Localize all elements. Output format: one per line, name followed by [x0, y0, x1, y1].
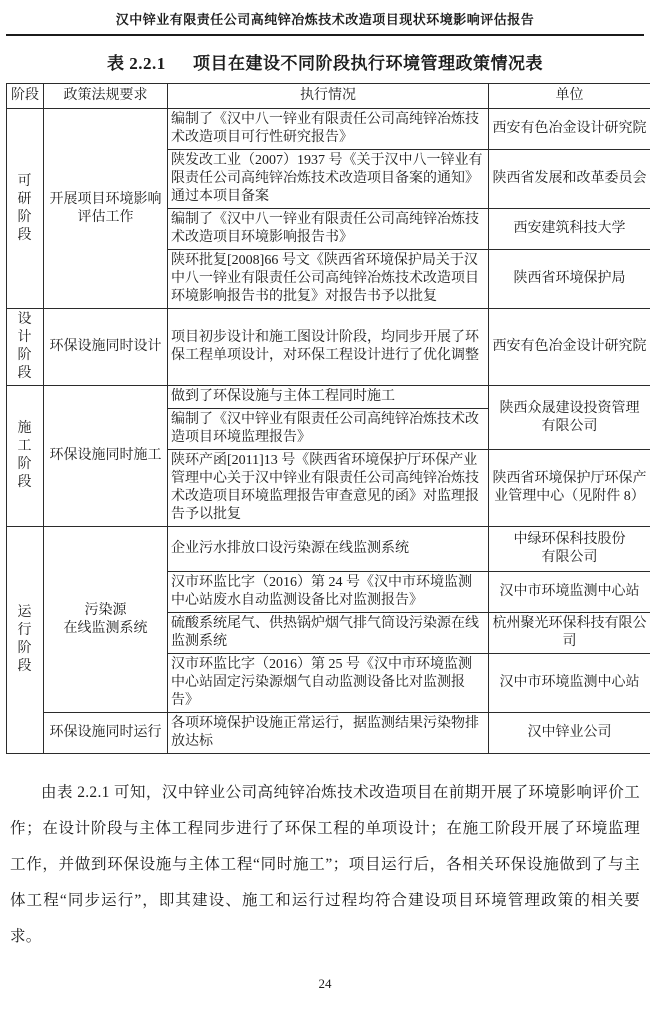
action-cell: 陕发改工业（2007）1937 号《关于汉中八一锌业有限责任公司高纯锌冶炼技术改…	[168, 150, 489, 209]
unit-cell: 陕西省环境保护厅环保产业管理中心（见附件 8）	[489, 450, 650, 527]
table-caption-title: 项目在建设不同阶段执行环境管理政策情况表	[193, 54, 543, 73]
table-row: 可研阶段 开展项目环境影响 评估工作 编制了《汉中八一锌业有限责任公司高纯锌冶炼…	[7, 109, 650, 150]
unit-cell: 中绿环保科技股份 有限公司	[489, 527, 650, 572]
unit-cell: 陕西众晟建设投资管理 有限公司	[489, 386, 650, 450]
table-header-row: 阶段 政策法规要求 执行情况 单位	[7, 84, 650, 109]
column-header-unit: 单位	[489, 84, 650, 109]
requirement-cell: 环保设施同时施工	[44, 386, 168, 527]
column-header-phase: 阶段	[7, 84, 44, 109]
unit-cell: 汉中市环境监测中心站	[489, 654, 650, 713]
phase-cell-operation: 运行阶段	[7, 527, 44, 754]
requirement-cell: 污染源 在线监测系统	[44, 527, 168, 713]
phase-cell-construction: 施工阶段	[7, 386, 44, 527]
summary-paragraph: 由表 2.2.1 可知，汉中锌业公司高纯锌冶炼技术改造项目在前期开展了环境影响评…	[10, 775, 640, 955]
unit-cell: 汉中锌业公司	[489, 713, 650, 754]
column-header-action: 执行情况	[168, 84, 489, 109]
phase-cell-design: 设计阶段	[7, 309, 44, 386]
action-cell: 编制了《汉中锌业有限责任公司高纯锌冶炼技术改造项目环境监理报告》	[168, 409, 489, 450]
policy-table: 阶段 政策法规要求 执行情况 单位 可研阶段 开展项目环境影响 评估工作 编制了…	[6, 83, 650, 754]
requirement-cell: 开展项目环境影响 评估工作	[44, 109, 168, 309]
document-header-title: 汉中锌业有限责任公司高纯锌冶炼技术改造项目现状环境影响评估报告	[6, 6, 644, 36]
action-cell: 陕环批复[2008]66 号文《陕西省环境保护局关于汉中八一锌业有限责任公司高纯…	[168, 250, 489, 309]
action-cell: 编制了《汉中八一锌业有限责任公司高纯锌冶炼技术改造项目可行性研究报告》	[168, 109, 489, 150]
phase-cell-feasibility: 可研阶段	[7, 109, 44, 309]
table-row: 运行阶段 污染源 在线监测系统 企业污水排放口设污染源在线监测系统 中绿环保科技…	[7, 527, 650, 572]
table-caption: 表 2.2.1项目在建设不同阶段执行环境管理政策情况表	[6, 49, 644, 74]
page-number: 24	[0, 976, 650, 992]
action-cell: 做到了环保设施与主体工程同时施工	[168, 386, 489, 409]
requirement-cell: 环保设施同时设计	[44, 309, 168, 386]
table-row: 设计阶段 环保设施同时设计 项目初步设计和施工图设计阶段，均同步开展了环保工程单…	[7, 309, 650, 386]
action-cell: 硫酸系统尾气、供热锅炉烟气排气筒设污染源在线监测系统	[168, 613, 489, 654]
requirement-cell: 环保设施同时运行	[44, 713, 168, 754]
action-cell: 陕环产函[2011]13 号《陕西省环境保护厅环保产业管理中心关于汉中锌业有限责…	[168, 450, 489, 527]
action-cell: 汉市环监比字（2016）第 25 号《汉中市环境监测中心站固定污染源烟气自动监测…	[168, 654, 489, 713]
table-row: 环保设施同时运行 各项环境保护设施正常运行，据监测结果污染物排放达标 汉中锌业公…	[7, 713, 650, 754]
unit-cell: 西安有色冶金设计研究院	[489, 309, 650, 386]
unit-cell: 西安建筑科技大学	[489, 209, 650, 250]
action-cell: 各项环境保护设施正常运行，据监测结果污染物排放达标	[168, 713, 489, 754]
table-row: 施工阶段 环保设施同时施工 做到了环保设施与主体工程同时施工 陕西众晟建设投资管…	[7, 386, 650, 409]
action-cell: 项目初步设计和施工图设计阶段，均同步开展了环保工程单项设计，对环保工程设计进行了…	[168, 309, 489, 386]
unit-cell: 汉中市环境监测中心站	[489, 572, 650, 613]
unit-cell: 陕西省发展和改革委员会	[489, 150, 650, 209]
action-cell: 编制了《汉中八一锌业有限责任公司高纯锌冶炼技术改造项目环境影响报告书》	[168, 209, 489, 250]
unit-cell: 陕西省环境保护局	[489, 250, 650, 309]
column-header-requirement: 政策法规要求	[44, 84, 168, 109]
action-cell: 企业污水排放口设污染源在线监测系统	[168, 527, 489, 572]
unit-cell: 杭州聚光环保科技有限公司	[489, 613, 650, 654]
table-caption-label: 表 2.2.1	[107, 54, 166, 73]
unit-cell: 西安有色冶金设计研究院	[489, 109, 650, 150]
action-cell: 汉市环监比字（2016）第 24 号《汉中市环境监测中心站废水自动监测设备比对监…	[168, 572, 489, 613]
